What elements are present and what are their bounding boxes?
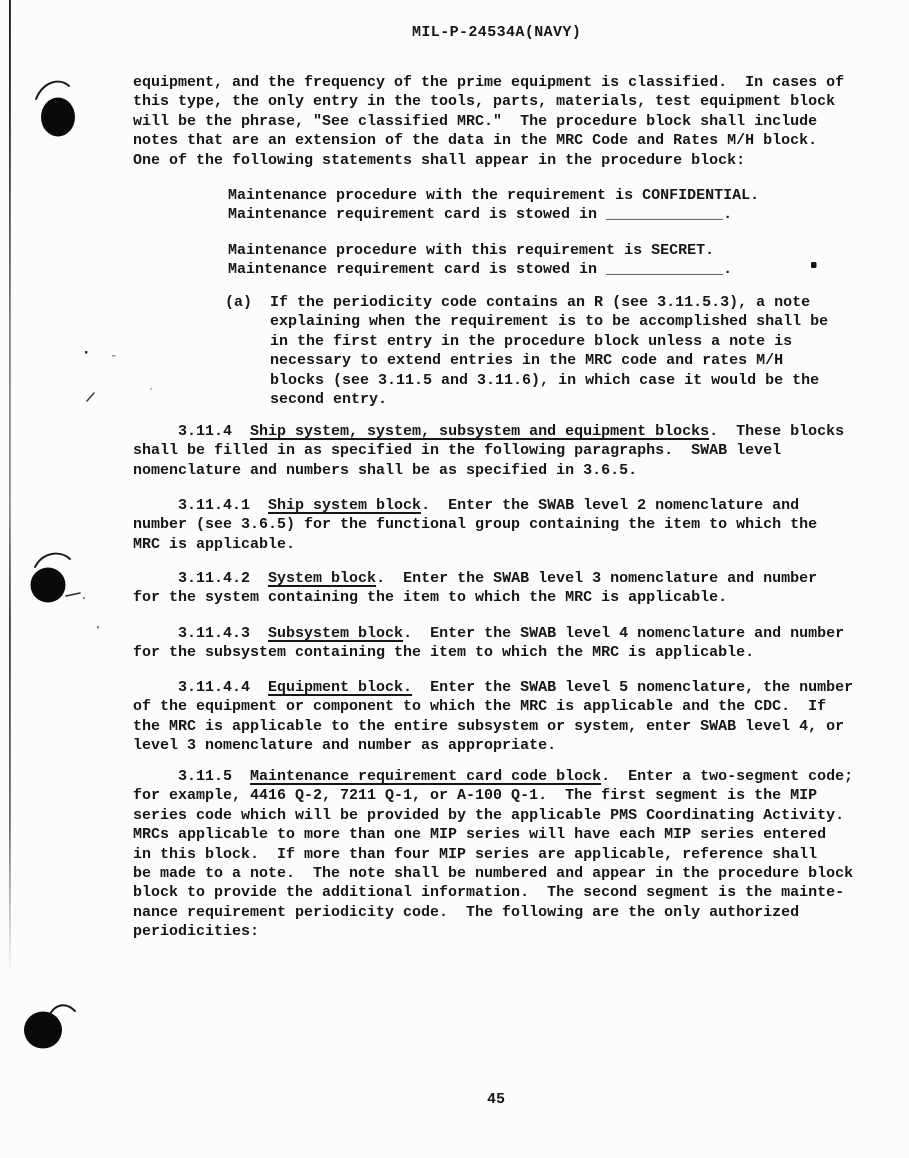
section-3-11-4-2-heading: System block: [268, 570, 376, 587]
stray-dot: [83, 597, 85, 599]
hole-punch-mark-middle: [31, 568, 66, 603]
page-number: 45: [487, 1090, 505, 1109]
pen-arc-top: [36, 82, 69, 99]
list-item-a: (a) If the periodicity code contains an …: [225, 293, 875, 409]
section-3-11-4-1-number: 3.11.4.1: [133, 497, 268, 514]
margin-speck-4: [97, 626, 99, 628]
section-3-11-5: 3.11.5 Maintenance requirement card code…: [133, 767, 881, 942]
section-3-11-4-2-number: 3.11.4.2: [133, 570, 268, 587]
section-3-11-4-3-number: 3.11.4.3: [133, 625, 268, 642]
statement-secret: Maintenance procedure with this requirem…: [228, 241, 848, 280]
section-3-11-5-body: . Enter a two-segment code; for example,…: [133, 768, 853, 940]
section-3-11-4-3: 3.11.4.3 Subsystem block. Enter the SWAB…: [133, 624, 881, 663]
section-3-11-4-1-heading: Ship system block: [268, 497, 421, 514]
margin-speck-3: [150, 388, 152, 390]
page-edge-line: [9, 0, 11, 1005]
margin-speck-2: [112, 355, 116, 357]
intro-paragraph: equipment, and the frequency of the prim…: [133, 73, 878, 170]
section-3-11-4-2: 3.11.4.2 System block. Enter the SWAB le…: [133, 569, 881, 608]
section-3-11-4-4-number: 3.11.4.4: [133, 679, 268, 696]
section-3-11-4-4-heading: Equipment block.: [268, 679, 412, 696]
section-3-11-4-4: 3.11.4.4 Equipment block. Enter the SWAB…: [133, 678, 881, 756]
hole-punch-mark-bottom: [24, 1012, 62, 1049]
section-3-11-4: 3.11.4 Ship system, system, subsystem an…: [133, 422, 881, 480]
pen-arc-middle: [35, 554, 70, 567]
margin-speck-1: [85, 351, 87, 354]
section-3-11-4-heading: Ship system, system, subsystem and equip…: [250, 423, 709, 440]
section-3-11-5-heading: Maintenance requirement card code block: [250, 768, 601, 785]
document-id-header: MIL-P-24534A(NAVY): [412, 23, 581, 42]
section-3-11-4-3-heading: Subsystem block: [268, 625, 403, 642]
hole-punch-mark-top: [41, 98, 75, 137]
stray-dash: [66, 593, 80, 596]
section-3-11-4-1: 3.11.4.1 Ship system block. Enter the SW…: [133, 496, 881, 554]
pen-arc-bottom: [50, 1005, 75, 1014]
document-page: MIL-P-24534A(NAVY) equipment, and the fr…: [0, 0, 909, 1158]
section-3-11-4-number: 3.11.4: [133, 423, 250, 440]
section-3-11-5-number: 3.11.5: [133, 768, 250, 785]
statement-confidential: Maintenance procedure with the requireme…: [228, 186, 848, 225]
margin-slash-mark: [87, 393, 94, 401]
